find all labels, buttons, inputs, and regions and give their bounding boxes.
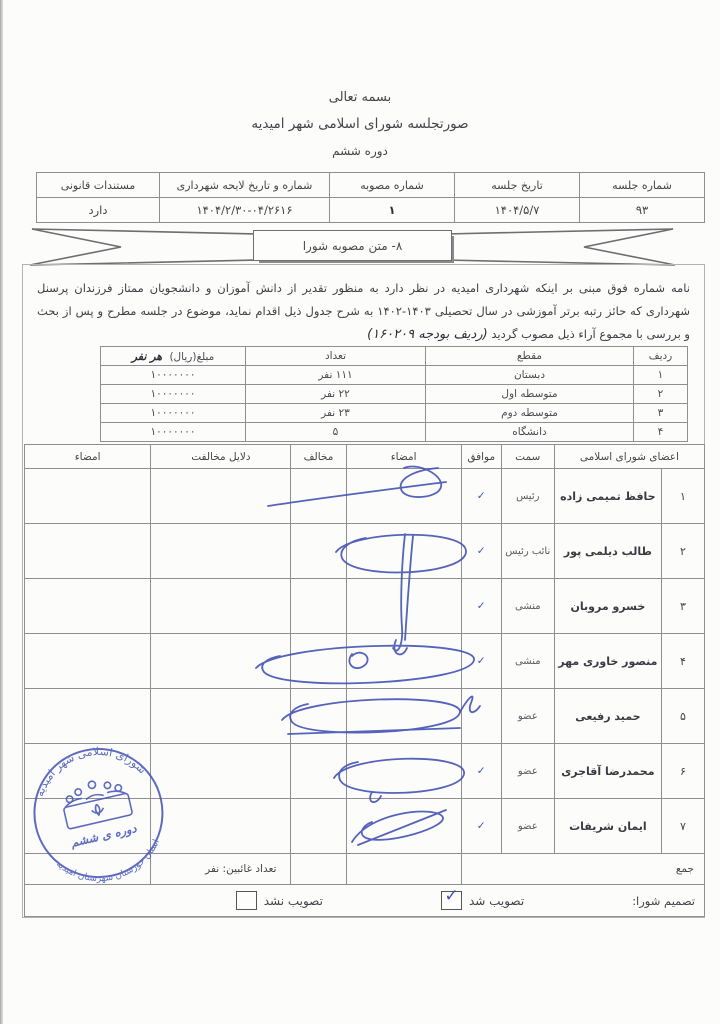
approved-checkmark: ✓ xyxy=(444,886,458,906)
signature-cell xyxy=(346,634,461,689)
agree-check xyxy=(461,689,501,744)
members-header-members: اعضای شورای اسلامی xyxy=(554,445,704,469)
members-header-agree: موافق xyxy=(461,445,501,469)
council-term: دوره ششم xyxy=(0,138,720,165)
grades-header-level: مقطع xyxy=(426,347,634,366)
agree-check: ✓ xyxy=(461,744,501,799)
header-session-date: تاریخ جلسه xyxy=(455,173,580,198)
info-header-row: شماره جلسه تاریخ جلسه شماره مصوبه شماره … xyxy=(37,173,705,198)
session-date-value: ۱۴۰۴/۵/۷ xyxy=(455,198,580,223)
approved-label: تصویب شد xyxy=(469,894,524,908)
member-row-1: ۱ حافظ تمیمی زاده رئیس ✓ xyxy=(25,469,705,524)
meeting-info-table: شماره جلسه تاریخ جلسه شماره مصوبه شماره … xyxy=(36,172,705,223)
stamp-emblem xyxy=(59,774,133,829)
members-header-signature: امضاء xyxy=(346,445,461,469)
members-header-position: سمت xyxy=(501,445,554,469)
session-number-value: ۹۳ xyxy=(580,198,705,223)
signature-cell xyxy=(346,744,461,799)
handwritten-budget-note: (ردیف بودجه ۱۶۰۲۰۹) xyxy=(367,327,488,342)
grades-header-count: تعداد xyxy=(246,347,426,366)
member-row-2: ۲ طالب دیلمی پور نائب رئیس ✓ xyxy=(25,524,705,579)
approved-option: تصویب شد ✓ xyxy=(441,891,524,910)
grades-breakdown-table: ردیف مقطع تعداد مبلغ(ریال) هر نفر ۱ دبست… xyxy=(100,346,688,442)
info-value-row: ۹۳ ۱۴۰۴/۵/۷ ۱ ۱۴۰۴/۲/۳۰-۰۴/۲۶۱۶ دارد xyxy=(37,198,705,223)
agree-check: ✓ xyxy=(461,799,501,854)
rejected-option: تصویب نشد xyxy=(236,891,323,910)
scanned-document-page: بسمه تعالی صورتجلسه شورای اسلامی شهر امی… xyxy=(0,0,720,1024)
decision-row: تصمیم شورا: تصویب شد ✓ تصویب نشد xyxy=(25,885,705,917)
grades-header-row: ردیف مقطع تعداد مبلغ(ریال) هر نفر xyxy=(101,347,688,366)
banner-label-box: ۸- متن مصوبه شورا xyxy=(253,230,452,261)
agree-check: ✓ xyxy=(461,579,501,634)
approved-checkbox: ✓ xyxy=(441,891,462,910)
document-title: صورتجلسه شورای اسلامی شهر امیدیه xyxy=(0,111,720,138)
handwritten-per-person: هر نفر xyxy=(132,350,162,363)
members-header-row: اعضای شورای اسلامی سمت موافق امضاء مخالف… xyxy=(25,445,705,469)
grades-row-middle2: ۳ متوسطه دوم ۲۳ نفر ۱۰۰۰۰۰۰۰ xyxy=(101,404,688,423)
grades-header-amount: مبلغ(ریال) هر نفر xyxy=(101,347,246,366)
agree-check: ✓ xyxy=(461,634,501,689)
grades-header-row-no: ردیف xyxy=(634,347,688,366)
members-header-disagree: مخالف xyxy=(291,445,346,469)
stamp-term-text: دوره ی ششم xyxy=(69,821,139,851)
banner-label: ۸- متن مصوبه شورا xyxy=(303,239,403,253)
signature-cell xyxy=(346,579,461,634)
member-row-3: ۳ خسرو مروبان منشی ✓ xyxy=(25,579,705,634)
header-bill-number-date: شماره و تاریخ لایحه شهرداری xyxy=(160,173,330,198)
members-header-signature2: امضاء xyxy=(25,445,151,469)
grades-row-university: ۴ دانشگاه ۵ ۱۰۰۰۰۰۰۰ xyxy=(101,423,688,442)
signature-cell xyxy=(346,799,461,854)
document-header: بسمه تعالی صورتجلسه شورای اسلامی شهر امی… xyxy=(0,84,720,165)
bill-number-date-value: ۱۴۰۴/۲/۳۰-۰۴/۲۶۱۶ xyxy=(160,198,330,223)
members-header-disagree-reasons: دلایل مخالفت xyxy=(151,445,291,469)
agree-check: ✓ xyxy=(461,524,501,579)
grades-row-primary: ۱ دبستان ۱۱۱ نفر ۱۰۰۰۰۰۰۰ xyxy=(101,366,688,385)
council-decision: تصمیم شورا: تصویب شد ✓ تصویب نشد xyxy=(28,891,701,910)
member-row-4: ۴ منصور خاوری مهر منشی ✓ xyxy=(25,634,705,689)
resolution-paragraph: نامه شماره فوق مبنی بر اینکه شهرداری امی… xyxy=(37,281,690,341)
legal-docs-value: دارد xyxy=(37,198,160,223)
header-resolution-number: شماره مصوبه xyxy=(330,173,455,198)
header-legal-docs: مستندات قانونی xyxy=(37,173,160,198)
signature-cell xyxy=(346,524,461,579)
grades-row-middle1: ۲ متوسطه اول ۲۲ نفر ۱۰۰۰۰۰۰۰ xyxy=(101,385,688,404)
total-label: جمع xyxy=(461,854,704,885)
rejected-label: تصویب نشد xyxy=(264,894,323,908)
rejected-checkbox xyxy=(236,891,257,910)
signature-cell xyxy=(346,689,461,744)
resolution-number-value: ۱ xyxy=(330,198,455,223)
header-session-number: شماره جلسه xyxy=(580,173,705,198)
agree-check: ✓ xyxy=(461,469,501,524)
signature-cell xyxy=(346,469,461,524)
resolution-text: نامه شماره فوق مبنی بر اینکه شهرداری امی… xyxy=(37,277,690,346)
bismillah-line: بسمه تعالی xyxy=(0,84,720,111)
decision-label: تصمیم شورا: xyxy=(632,894,695,908)
